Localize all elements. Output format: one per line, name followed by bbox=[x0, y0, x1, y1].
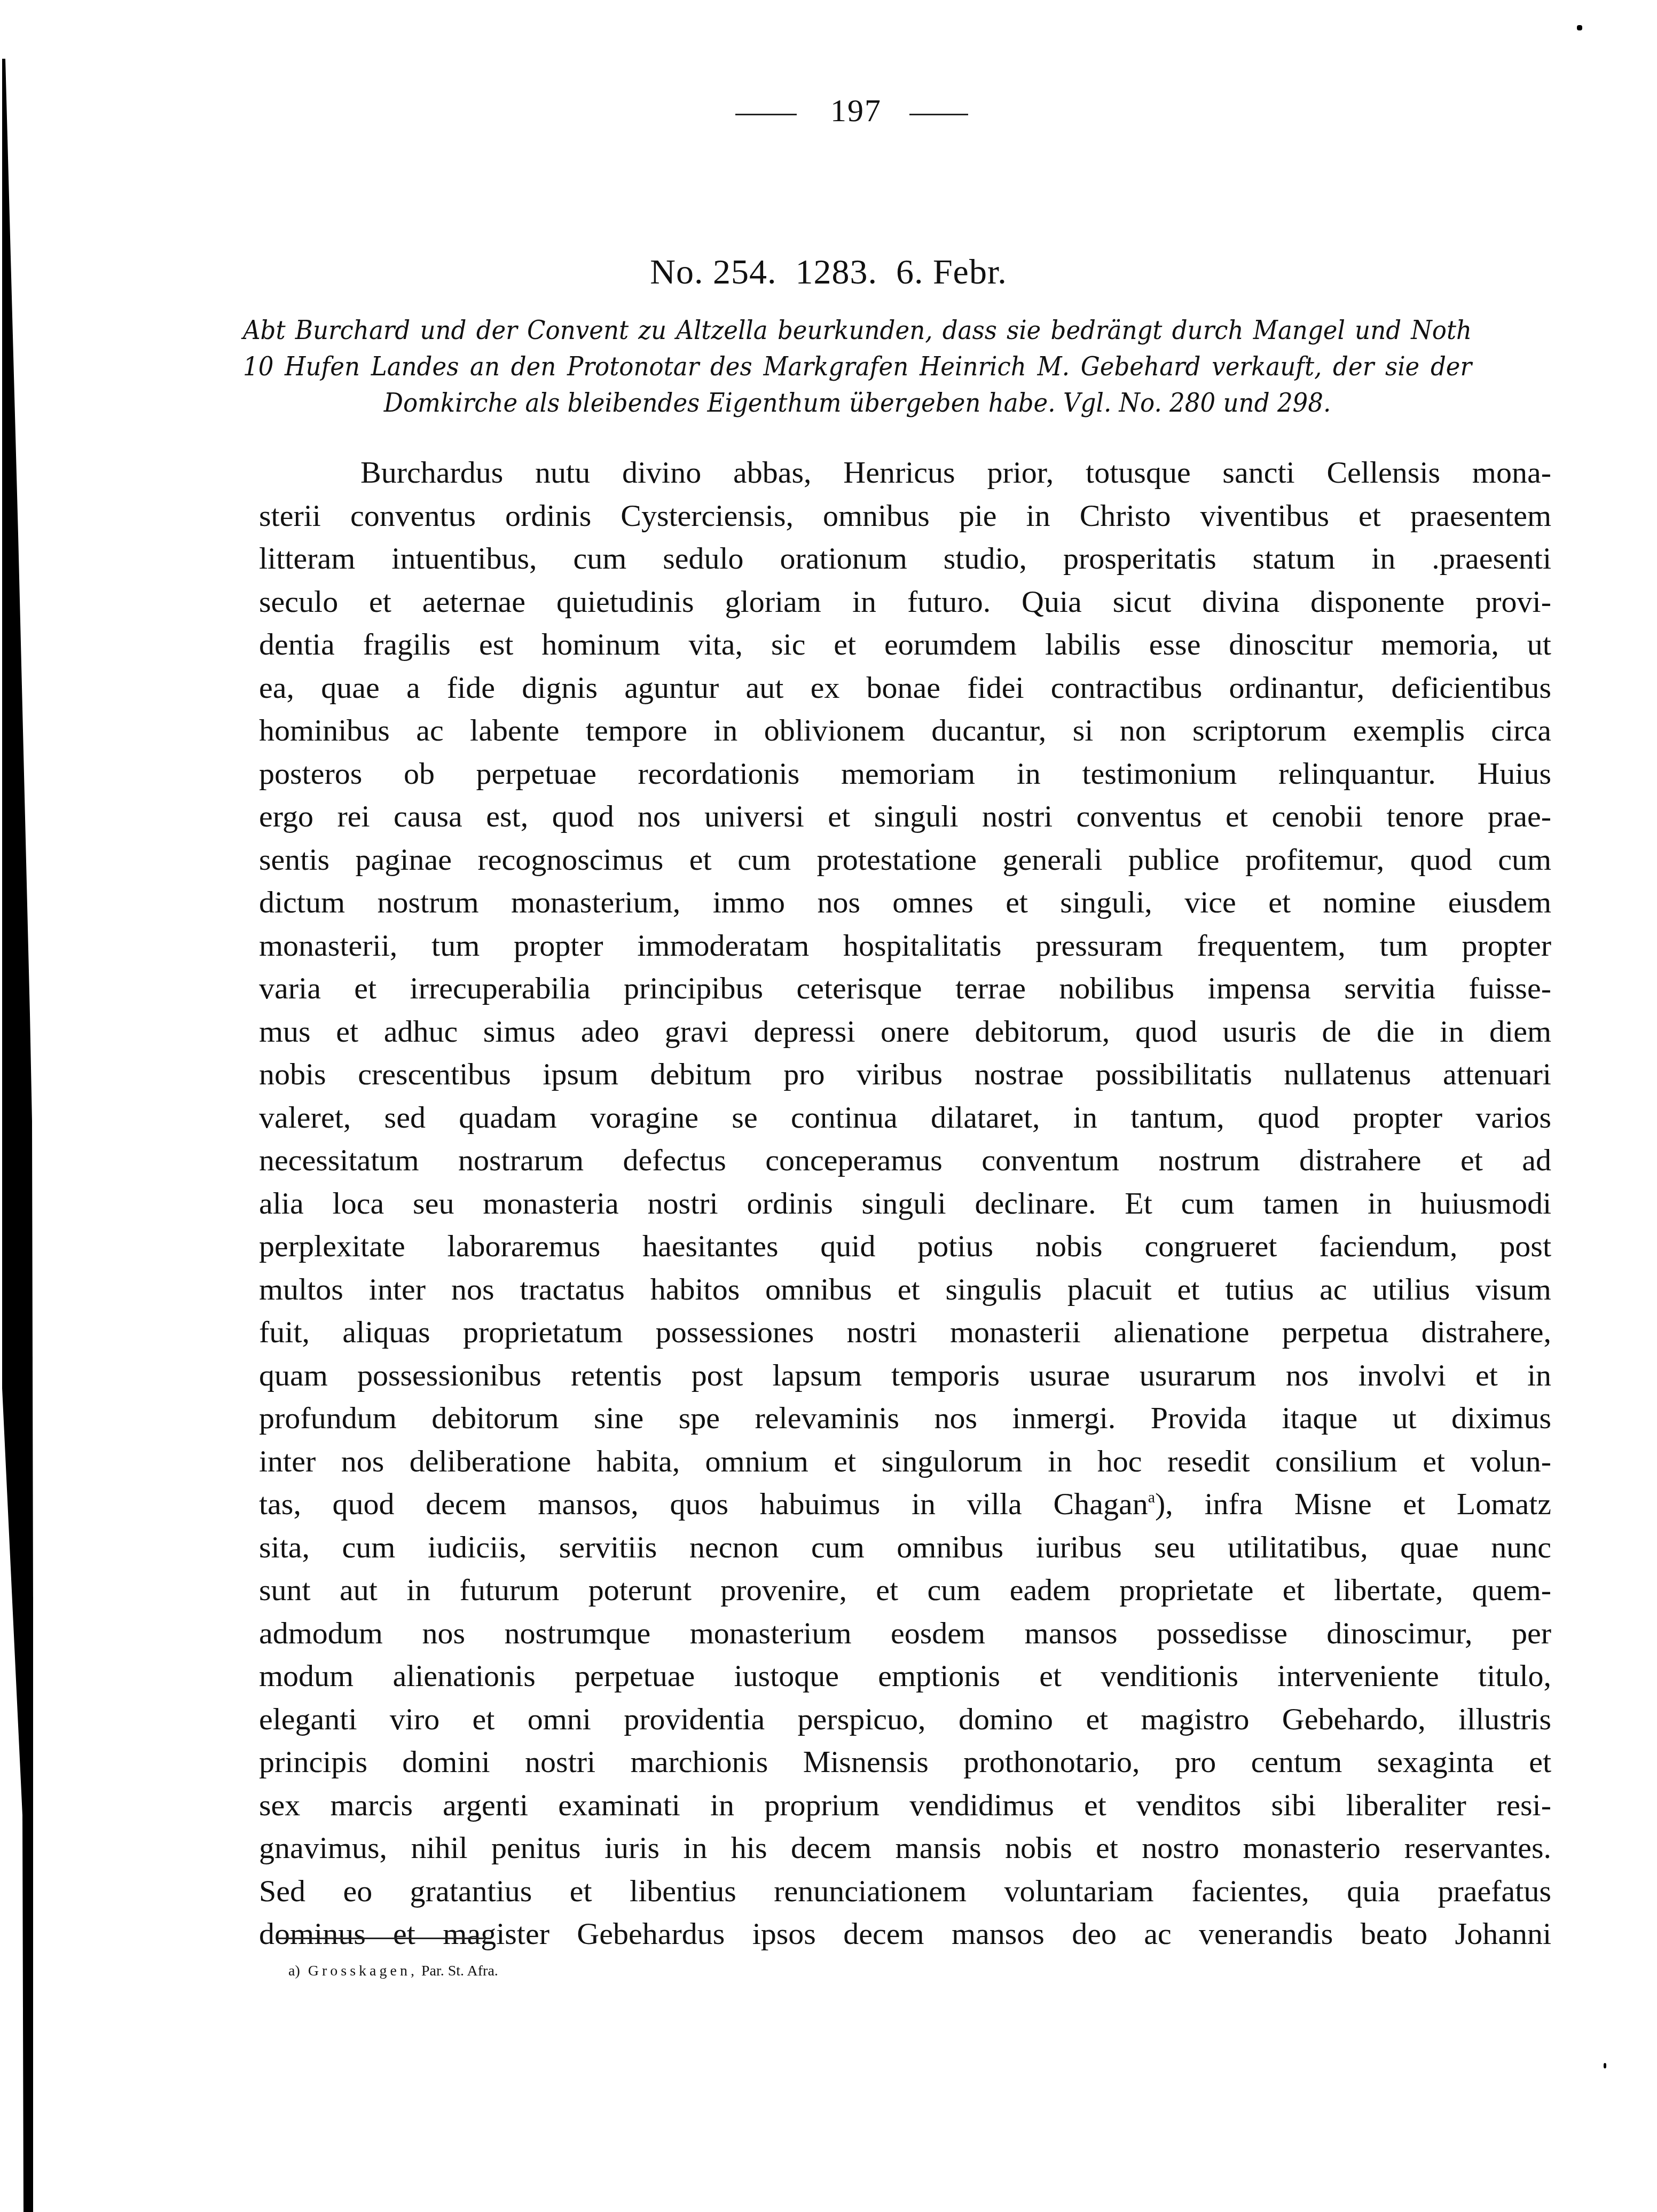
text-line: nobis crescentibus ipsum debitum pro vir… bbox=[259, 1053, 1551, 1096]
text-line: quam possessionibus retentis post lapsum… bbox=[259, 1354, 1551, 1397]
footnote-label: a) bbox=[288, 1963, 300, 1979]
text-line: necessitatum nostrarum defectus conceper… bbox=[259, 1139, 1551, 1182]
document-number: No. 254. bbox=[650, 253, 776, 292]
header-rule-left bbox=[735, 114, 797, 115]
text-line: sentis paginae recognoscimus et cum prot… bbox=[259, 838, 1551, 881]
text-line-with-footnote: tas, quod decem mansos, quos habuimus in… bbox=[259, 1483, 1551, 1526]
scan-speck bbox=[1577, 25, 1582, 30]
document-heading: No. 254. 1283. 6. Febr. bbox=[0, 251, 1657, 294]
text-line: mus et adhuc simus adeo gravi depressi o… bbox=[259, 1010, 1551, 1053]
text-line: seculo et aeternae quietudinis gloriam i… bbox=[259, 580, 1551, 624]
document-year: 1283. bbox=[795, 253, 877, 292]
text-line: sunt aut in futurum poterunt provenire, … bbox=[259, 1569, 1551, 1612]
text-line: Sed eo gratantius et libentius renunciat… bbox=[259, 1870, 1551, 1913]
footnote-a: a) Grosskagen, Par. St. Afra. bbox=[288, 1961, 498, 1982]
text-line: multos inter nos tractatus habitos omnib… bbox=[259, 1268, 1551, 1311]
text-line: eleganti viro et omni providentia perspi… bbox=[259, 1698, 1551, 1741]
text-line: profundum debitorum sine spe relevaminis… bbox=[259, 1397, 1551, 1440]
text-segment: ), infra Misne et Lomatz bbox=[1155, 1486, 1551, 1521]
footnote-text: Par. St. Afra. bbox=[421, 1963, 498, 1979]
header-rule-right bbox=[909, 114, 968, 115]
footnote-separator bbox=[278, 1938, 491, 1939]
text-line: alia loca seu monasteria nostri ordinis … bbox=[259, 1182, 1551, 1225]
regest-line: Domkirche als bleibendes Eigenthum überg… bbox=[243, 385, 1472, 421]
text-line: dictum nostrum monasterium, immo nos omn… bbox=[259, 881, 1551, 924]
text-line: posteros ob perpetuae recordationis memo… bbox=[259, 752, 1551, 796]
text-line: admodum nos nostrumque monasterium eosde… bbox=[259, 1612, 1551, 1655]
text-line: sterii conventus ordinis Cysterciensis, … bbox=[259, 494, 1551, 538]
footnote-reference-a[interactable]: a bbox=[1148, 1489, 1155, 1506]
regest-summary: Abt Burchard und der Convent zu Altzella… bbox=[243, 312, 1472, 421]
scan-speck bbox=[1604, 2063, 1606, 2068]
text-line: hominibus ac labente tempore in oblivion… bbox=[259, 709, 1551, 752]
text-line: gnavimus, nihil penitus iuris in his dec… bbox=[259, 1827, 1551, 1870]
text-line: dominus et magister Gebehardus ipsos dec… bbox=[259, 1912, 1551, 1956]
footnote-place: Grosskagen, bbox=[308, 1963, 418, 1979]
text-line: dentia fragilis est hominum vita, sic et… bbox=[259, 623, 1551, 666]
text-segment: tas, quod decem mansos, quos habuimus in… bbox=[259, 1486, 1148, 1521]
regest-line: Abt Burchard und der Convent zu Altzella… bbox=[243, 312, 1472, 349]
text-line: modum alienationis perpetuae iustoque em… bbox=[259, 1655, 1551, 1698]
text-line: ergo rei causa est, quod nos universi et… bbox=[259, 795, 1551, 838]
charter-text: Burchardus nutu divino abbas, Henricus p… bbox=[259, 451, 1551, 1956]
text-line: sita, cum iudiciis, servitiis necnon cum… bbox=[259, 1526, 1551, 1569]
scan-shadow-edge bbox=[2, 0, 34, 2212]
text-line: fuit, aliquas proprietatum possessiones … bbox=[259, 1311, 1551, 1354]
text-line: litteram intuentibus, cum sedulo oration… bbox=[259, 537, 1551, 580]
text-line: valeret, sed quadam voragine se continua… bbox=[259, 1096, 1551, 1139]
text-line: sex marcis argenti examinati in proprium… bbox=[259, 1784, 1551, 1827]
page-header: 197 bbox=[0, 95, 1657, 132]
page-number: 197 bbox=[830, 92, 882, 129]
text-line: Burchardus nutu divino abbas, Henricus p… bbox=[259, 451, 1551, 494]
text-line: ea, quae a fide dignis aguntur aut ex bo… bbox=[259, 666, 1551, 710]
text-line: varia et irrecuperabilia principibus cet… bbox=[259, 967, 1551, 1010]
regest-line: 10 Hufen Landes an den Protonotar des Ma… bbox=[243, 349, 1472, 385]
text-line: principis domini nostri marchionis Misne… bbox=[259, 1741, 1551, 1784]
document-date: 6. Febr. bbox=[896, 253, 1007, 292]
text-line: inter nos deliberatione habita, omnium e… bbox=[259, 1440, 1551, 1483]
text-line: perplexitate laboraremus haesitantes qui… bbox=[259, 1225, 1551, 1268]
text-line: monasterii, tum propter immoderatam hosp… bbox=[259, 924, 1551, 967]
